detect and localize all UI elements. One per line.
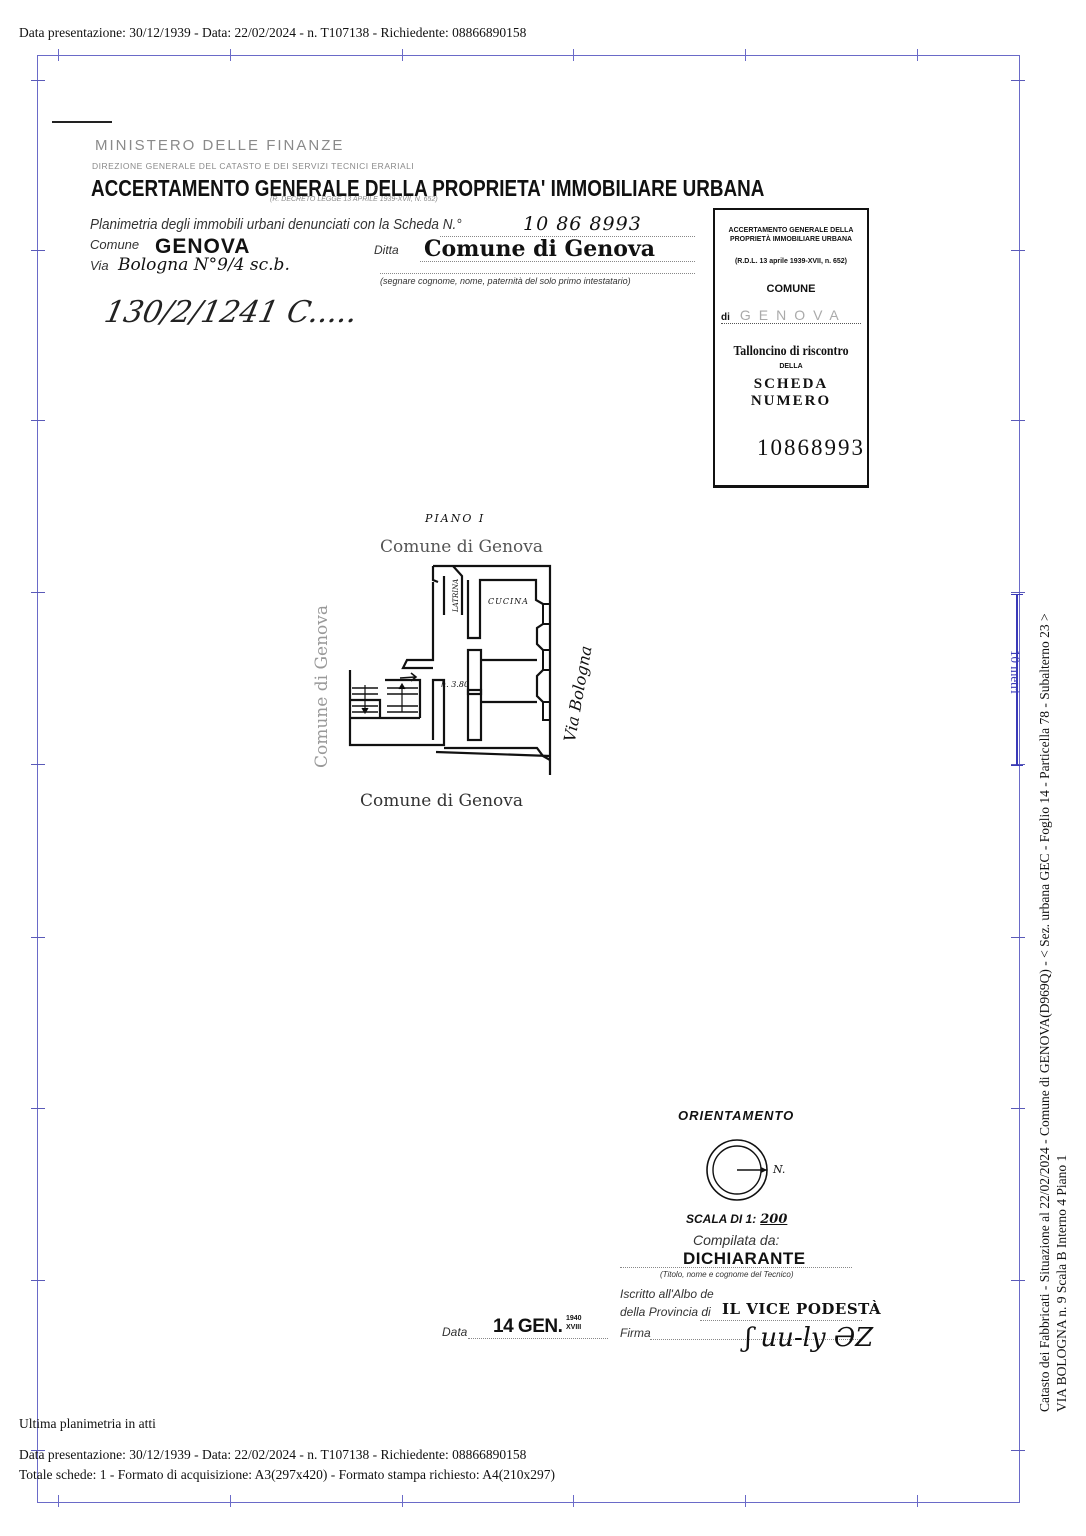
scale-row: SCALA DI 1: 200 [686,1210,787,1228]
frame-tick [1011,250,1025,251]
talloncino-number: 10868993 [715,435,865,461]
handwritten-reference: 130/2/1241 C..... [101,295,360,330]
signature: ʃ uu-ly ƏZ [745,1323,873,1353]
frame-tick [573,1495,574,1507]
date-era: XVIII [566,1324,581,1331]
talloncino-comune-label: COMUNE [715,283,867,295]
ditta-line [420,261,695,262]
frame-tick [1011,420,1025,421]
scheda-number-handwritten: 10 86 8993 [523,213,642,235]
via-line [380,273,695,274]
compiler-note: (Titolo, nome e cognome del Tecnico) [660,1270,793,1279]
scale-bar-tick [1011,594,1023,595]
talloncino-heading: ACCERTAMENTO GENERALE DELLA PROPRIETÀ IM… [719,226,863,244]
north-mark: N. [773,1163,785,1176]
date-stamp: 14 GEN. [493,1316,562,1338]
frame-tick [31,1108,45,1109]
albo-label-1: Iscritto all'Albo de [620,1287,714,1301]
talloncino-box: ACCERTAMENTO GENERALE DELLA PROPRIETÀ IM… [713,208,869,488]
frame-tick [917,1495,918,1507]
side-cadastral-info: Catasto dei Fabbricati - Situazione al 2… [1037,613,1053,1412]
frame-tick [31,937,45,938]
frame-tick [745,49,746,61]
frame-tick [31,250,45,251]
frame-tick [31,420,45,421]
date-line [468,1338,608,1339]
ditta-label: Ditta [374,243,399,257]
via-value: Bologna N°9/4 sc.b. [118,255,290,275]
frame-tick [1011,1108,1025,1109]
talloncino-scheda-label: SCHEDA NUMERO [715,376,867,410]
footer-note: Ultima planimetria in atti [19,1416,156,1432]
orientation-label: ORIENTAMENTO [678,1108,794,1123]
frame-tick [31,80,45,81]
north-neighbor-label: Comune di Genova [380,537,543,557]
room-cucina: CUCINA [488,597,529,606]
frame-tick [1011,80,1025,81]
frame-tick [1011,937,1025,938]
frame-tick [402,49,403,61]
frame-tick [31,764,45,765]
scale-bar-label: 10 metri [1007,650,1023,694]
comune-label: Comune [90,237,139,252]
ministry-heading: MINISTERO DELLE FINANZE [95,137,344,154]
ditta-note: (segnare cognome, nome, paternità del so… [380,276,631,286]
albo-line [700,1320,862,1321]
talloncino-di-row: di GENOVA [721,307,861,324]
frame-tick [58,1495,59,1507]
via-label: Via [90,258,109,273]
floor-label: PIANO I [425,512,485,525]
side-address-info: VIA BOLOGNA n. 9 Scala B Interno 4 Piano… [1054,1155,1070,1412]
room-latrina: LATRINA [452,579,460,612]
talloncino-di-label: di [721,312,730,323]
talloncino-decree: (R.D.L. 13 aprile 1939-XVII, n. 652) [715,257,867,266]
frame-tick [1011,1450,1025,1451]
albo-stamp: IL VICE PODESTÀ [722,1300,881,1318]
south-neighbor-label: Comune di Genova [360,791,523,811]
talloncino-della: DELLA [715,363,867,370]
date-year: 1940 [566,1315,582,1322]
frame-tick [31,1280,45,1281]
frame-tick [1011,592,1025,593]
footer-info-line: Data presentazione: 30/12/1939 - Data: 2… [19,1447,526,1463]
frame-tick [31,592,45,593]
date-label: Data [442,1325,467,1339]
footer-format-line: Totale schede: 1 - Formato di acquisizio… [19,1467,555,1483]
scan-mark-line [52,121,112,123]
frame-tick [58,49,59,61]
frame-tick [230,1495,231,1507]
compiler-line [620,1267,852,1268]
direction-heading: DIREZIONE GENERALE DEL CATASTO E DEI SER… [92,161,414,171]
compiler-name: DICHIARANTE [683,1249,806,1269]
compiled-by-label: Compilata da: [693,1232,779,1248]
scale-label: SCALA DI 1: [686,1212,756,1226]
floor-plan-drawing [340,560,560,780]
ditta-value: Comune di Genova [424,236,655,262]
west-neighbor-label: Comune di Genova [312,605,332,768]
frame-tick [230,49,231,61]
scale-bar-tick [1011,765,1023,766]
header-info-line: Data presentazione: 30/12/1939 - Data: 2… [19,25,526,41]
albo-label-2: della Provincia di [620,1305,711,1319]
scale-value: 200 [760,1212,787,1227]
room-height: h. 3.80 [441,680,469,689]
talloncino-title: Talloncino di riscontro [726,344,855,360]
frame-tick [1011,1280,1025,1281]
frame-tick [402,1495,403,1507]
talloncino-di-value: GENOVA [740,307,847,323]
frame-tick [917,49,918,61]
firma-label: Firma [620,1326,651,1340]
decree-note: (R. DECRETO LEGGE 13 APRILE 1939-XVII, N… [270,196,438,203]
planimetria-label: Planimetria degli immobili urbani denunc… [90,216,462,233]
frame-tick [573,49,574,61]
frame-tick [745,1495,746,1507]
